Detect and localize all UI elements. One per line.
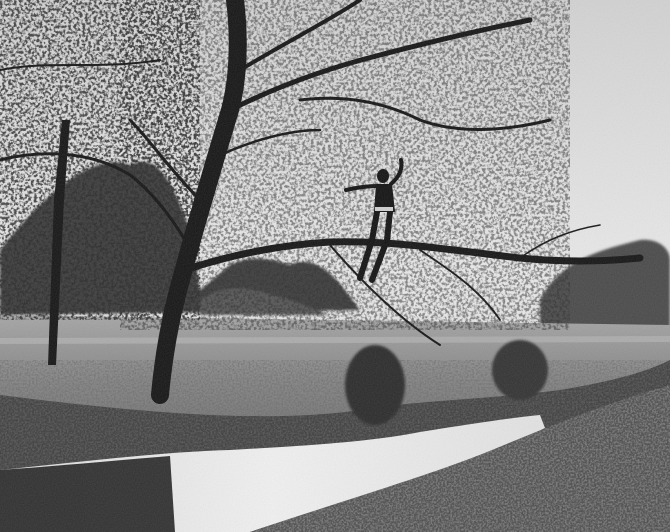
photo-canvas [0,0,670,532]
film-grain [0,0,670,532]
photograph: Black-and-white photograph of a person s… [0,0,670,532]
